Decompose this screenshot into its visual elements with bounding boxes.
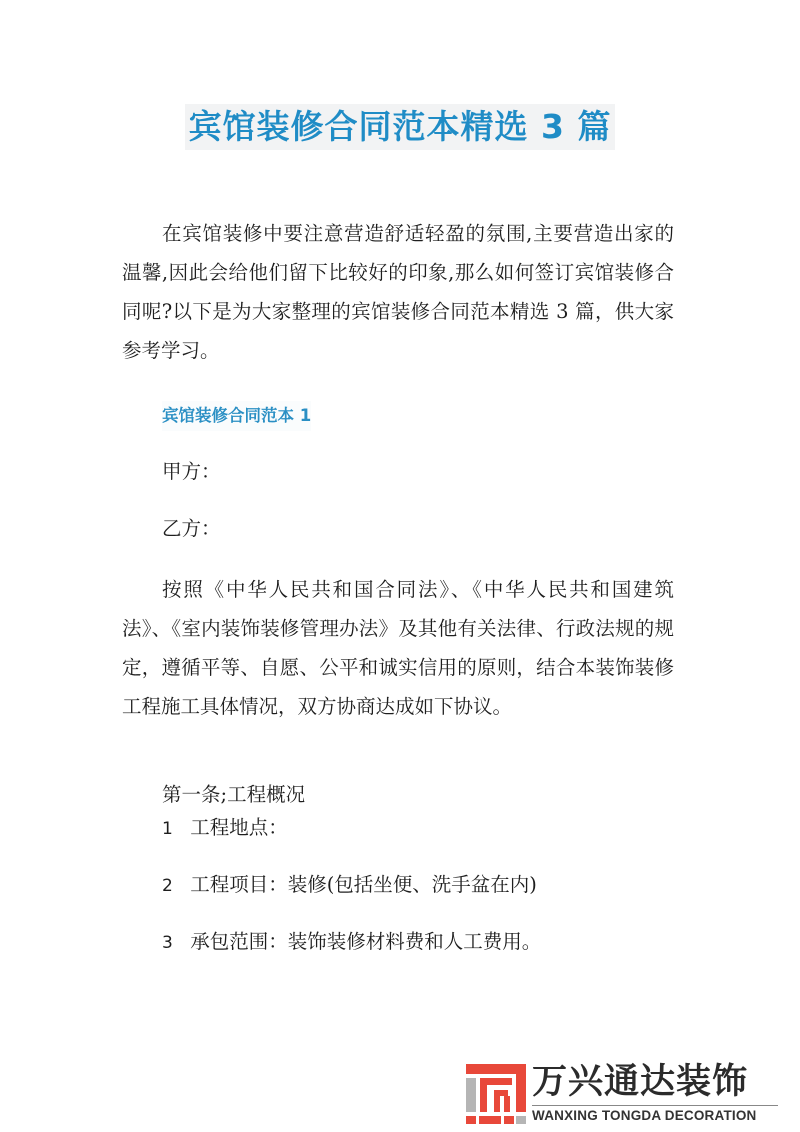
- wanxing-logo-mark-icon: [466, 1064, 526, 1124]
- party-a-label: 甲方：: [162, 457, 221, 487]
- clause-text: 工程地点：: [190, 816, 288, 839]
- party-b-label: 乙方：: [162, 514, 221, 544]
- clause-number: 1: [162, 814, 184, 844]
- section-heading: 宾馆装修合同范本 1: [162, 401, 311, 431]
- logo-name-cn: 万兴通达装饰: [532, 1060, 748, 1104]
- company-logo: 万兴通达装饰 WANXING TONGDA DECORATION: [466, 1064, 786, 1126]
- title-container: 宾馆装修合同范本精选 3 篇: [0, 104, 800, 150]
- clause-item: 3 承包范围：装饰装修材料费和人工费用。: [162, 927, 541, 958]
- clause-number: 2: [162, 871, 184, 901]
- logo-name-en: WANXING TONGDA DECORATION: [532, 1107, 757, 1125]
- clause-text: 工程项目：装修(包括坐便、洗手盆在内): [190, 873, 537, 896]
- logo-divider: [532, 1105, 778, 1106]
- article-heading: 第一条;工程概况: [162, 780, 305, 810]
- clause-item: 2 工程项目：装修(包括坐便、洗手盆在内): [162, 870, 537, 901]
- clause-number: 3: [162, 928, 184, 958]
- clause-item: 1 工程地点：: [162, 813, 288, 844]
- document-title: 宾馆装修合同范本精选 3 篇: [185, 104, 616, 150]
- document-page: 宾馆装修合同范本精选 3 篇 在宾馆装修中要注意营造舒适轻盈的氛围,主要营造出家…: [0, 0, 800, 1132]
- intro-paragraph: 在宾馆装修中要注意营造舒适轻盈的氛围,主要营造出家的温馨,因此会给他们留下比较好…: [122, 214, 674, 370]
- legal-basis-paragraph: 按照《中华人民共和国合同法》、《中华人民共和国建筑法》、《室内装饰装修管理办法》…: [122, 570, 674, 726]
- clause-text: 承包范围：装饰装修材料费和人工费用。: [190, 930, 541, 953]
